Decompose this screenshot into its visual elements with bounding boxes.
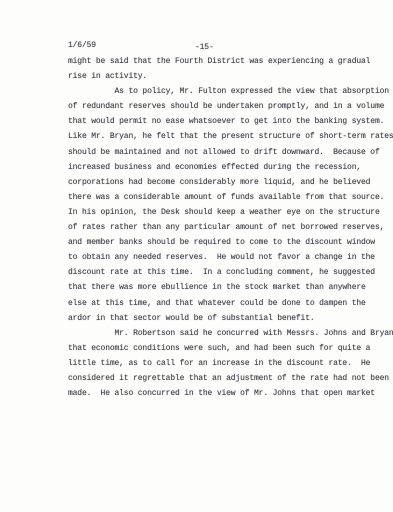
text-line: else at this time, and that whatever cou… — [68, 296, 392, 311]
text-line: Like Mr. Bryan, he felt that the present… — [68, 129, 392, 144]
text-line: there was a considerable amount of funds… — [68, 190, 392, 205]
text-line: made. He also concurred in the view of M… — [68, 386, 392, 401]
text-line: Mr. Robertson said he concurred with Mes… — [68, 326, 392, 341]
text-line: and member banks should be required to c… — [68, 235, 392, 250]
text-line: of rates rather than any particular amou… — [68, 220, 392, 235]
page-number: -15- — [195, 43, 214, 52]
text-line: that there was more ebullience in the st… — [68, 280, 392, 295]
text-line: rise in activity. — [68, 69, 392, 84]
text-line: considered it regrettable that an adjust… — [68, 371, 392, 386]
text-line: corporations had become considerably mor… — [68, 175, 392, 190]
text-line: might be said that the Fourth District w… — [68, 54, 392, 69]
text-line: As to policy, Mr. Fulton expressed the v… — [68, 84, 392, 99]
text-line: to obtain any needed reserves. He would … — [68, 250, 392, 265]
page-header: 1/6/59 -15- — [68, 41, 390, 54]
document-body: might be said that the Fourth District w… — [68, 54, 392, 401]
text-line: In his opinion, the Desk should keep a w… — [68, 205, 392, 220]
document-page: 1/6/59 -15- might be said that the Fourt… — [0, 0, 393, 512]
text-line: that economic conditions were such, and … — [68, 341, 392, 356]
text-line: little time, as to call for an increase … — [68, 356, 392, 371]
text-line: of redundant reserves should be undertak… — [68, 99, 392, 114]
document-date: 1/6/59 — [68, 41, 96, 50]
text-line: that would permit no ease whatsoever to … — [68, 114, 392, 129]
text-line: should be maintained and not allowed to … — [68, 145, 392, 160]
text-line: increased business and economies effecte… — [68, 160, 392, 175]
text-line: ardor in that sector would be of substan… — [68, 311, 392, 326]
text-line: discount rate at this time. In a conclud… — [68, 265, 392, 280]
